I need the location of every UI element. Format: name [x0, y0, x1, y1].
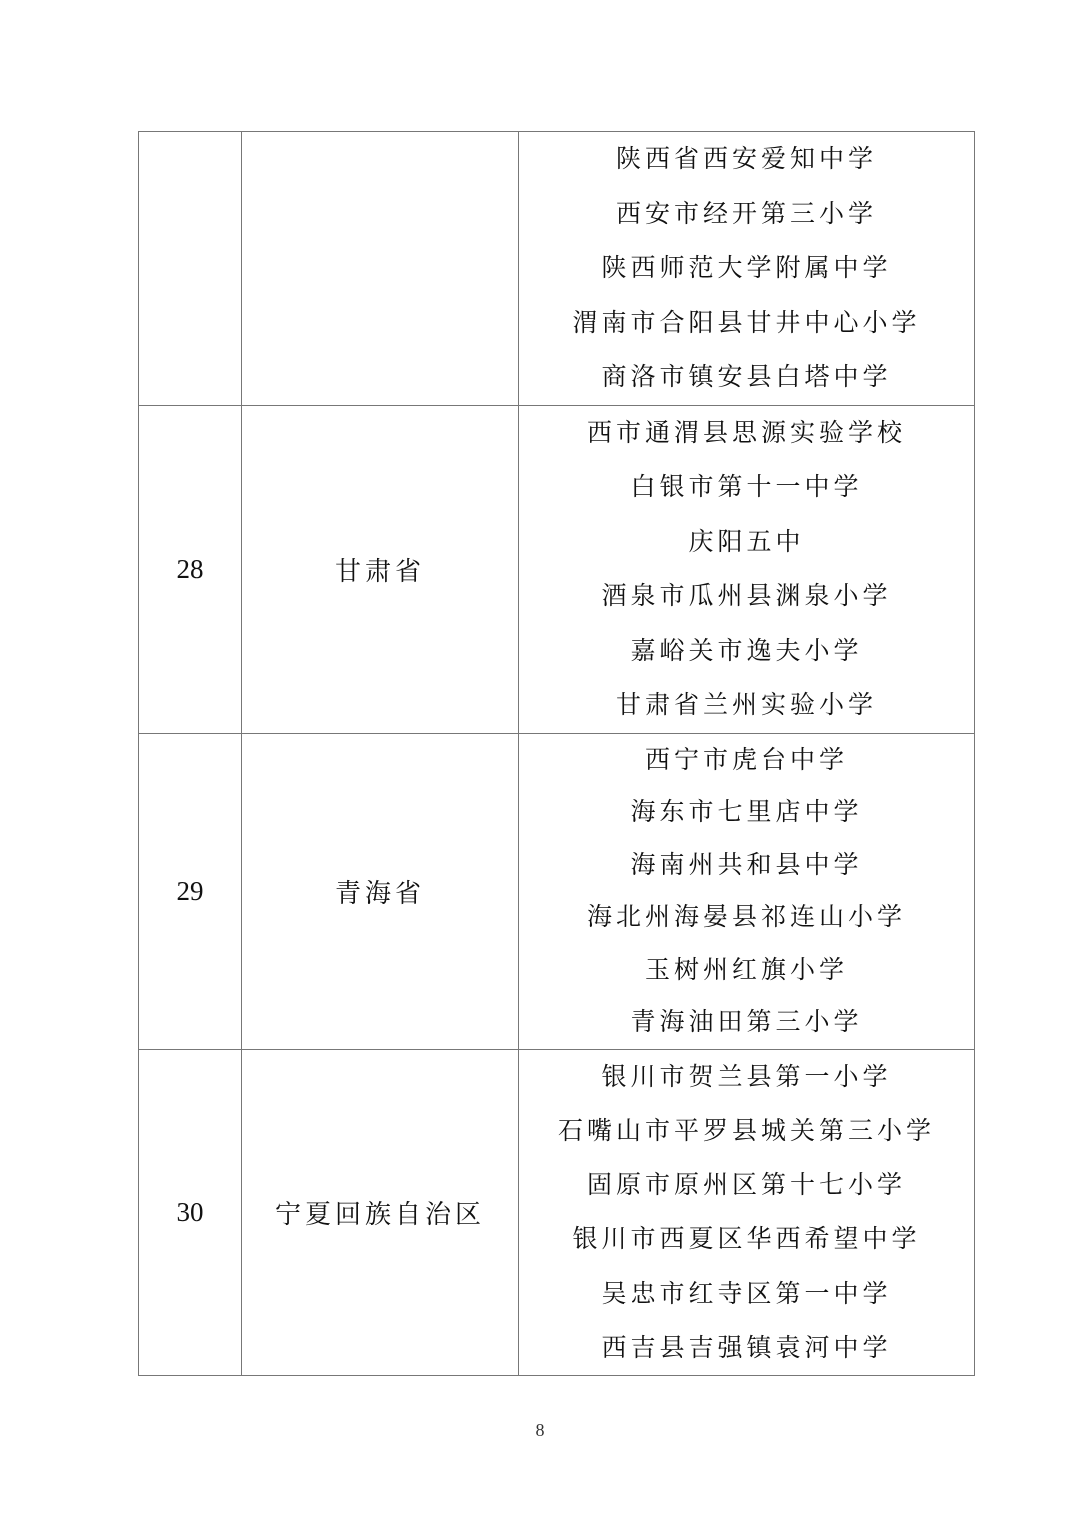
row-index-cell: 30 [139, 1049, 242, 1376]
school-name: 海东市七里店中学 [519, 786, 974, 839]
school-name: 吴忠市红寺区第一中学 [519, 1267, 974, 1321]
school-name: 嘉峪关市逸夫小学 [519, 624, 974, 679]
table-row-gansu: 28 甘肃省 西市通渭县思源实验学校 白银市第十一中学 庆阳五中 酒泉市瓜州县渊… [139, 405, 975, 733]
school-name: 西吉县吉强镇袁河中学 [519, 1321, 974, 1375]
table-row-shaanxi-continued: 陕西省西安爱知中学 西安市经开第三小学 陕西师范大学附属中学 渭南市合阳县甘井中… [139, 132, 975, 406]
province-cell: 青海省 [242, 733, 519, 1049]
schools-cell: 西市通渭县思源实验学校 白银市第十一中学 庆阳五中 酒泉市瓜州县渊泉小学 嘉峪关… [519, 405, 975, 733]
row-index-cell: 29 [139, 733, 242, 1049]
school-name: 玉树州红旗小学 [519, 944, 974, 997]
schools-cell: 西宁市虎台中学 海东市七里店中学 海南州共和县中学 海北州海晏县祁连山小学 玉树… [519, 733, 975, 1049]
table-row-qinghai: 29 青海省 西宁市虎台中学 海东市七里店中学 海南州共和县中学 海北州海晏县祁… [139, 733, 975, 1049]
schools-cell: 陕西省西安爱知中学 西安市经开第三小学 陕西师范大学附属中学 渭南市合阳县甘井中… [519, 132, 975, 406]
school-name: 银川市西夏区华西希望中学 [519, 1212, 974, 1266]
school-list-table: 陕西省西安爱知中学 西安市经开第三小学 陕西师范大学附属中学 渭南市合阳县甘井中… [138, 131, 975, 1376]
row-index-cell: 28 [139, 405, 242, 733]
school-name: 甘肃省兰州实验小学 [519, 678, 974, 733]
school-name: 庆阳五中 [519, 515, 974, 570]
school-name: 渭南市合阳县甘井中心小学 [519, 296, 974, 351]
row-index-cell [139, 132, 242, 406]
school-name: 银川市贺兰县第一小学 [519, 1050, 974, 1104]
school-name: 青海油田第三小学 [519, 996, 974, 1049]
table-row-ningxia: 30 宁夏回族自治区 银川市贺兰县第一小学 石嘴山市平罗县城关第三小学 固原市原… [139, 1049, 975, 1376]
school-name: 白银市第十一中学 [519, 460, 974, 515]
school-name: 陕西省西安爱知中学 [519, 132, 974, 187]
school-name: 酒泉市瓜州县渊泉小学 [519, 569, 974, 624]
school-name: 海南州共和县中学 [519, 839, 974, 892]
school-name: 西市通渭县思源实验学校 [519, 406, 974, 461]
school-name: 商洛市镇安县白塔中学 [519, 350, 974, 405]
school-name: 海北州海晏县祁连山小学 [519, 891, 974, 944]
schools-cell: 银川市贺兰县第一小学 石嘴山市平罗县城关第三小学 固原市原州区第十七小学 银川市… [519, 1049, 975, 1376]
school-name: 陕西师范大学附属中学 [519, 241, 974, 296]
school-name: 石嘴山市平罗县城关第三小学 [519, 1104, 974, 1158]
school-name: 西宁市虎台中学 [519, 734, 974, 787]
school-name: 西安市经开第三小学 [519, 187, 974, 242]
school-name: 固原市原州区第十七小学 [519, 1158, 974, 1212]
page-number: 8 [0, 1420, 1080, 1441]
province-cell: 甘肃省 [242, 405, 519, 733]
province-cell [242, 132, 519, 406]
province-cell: 宁夏回族自治区 [242, 1049, 519, 1376]
